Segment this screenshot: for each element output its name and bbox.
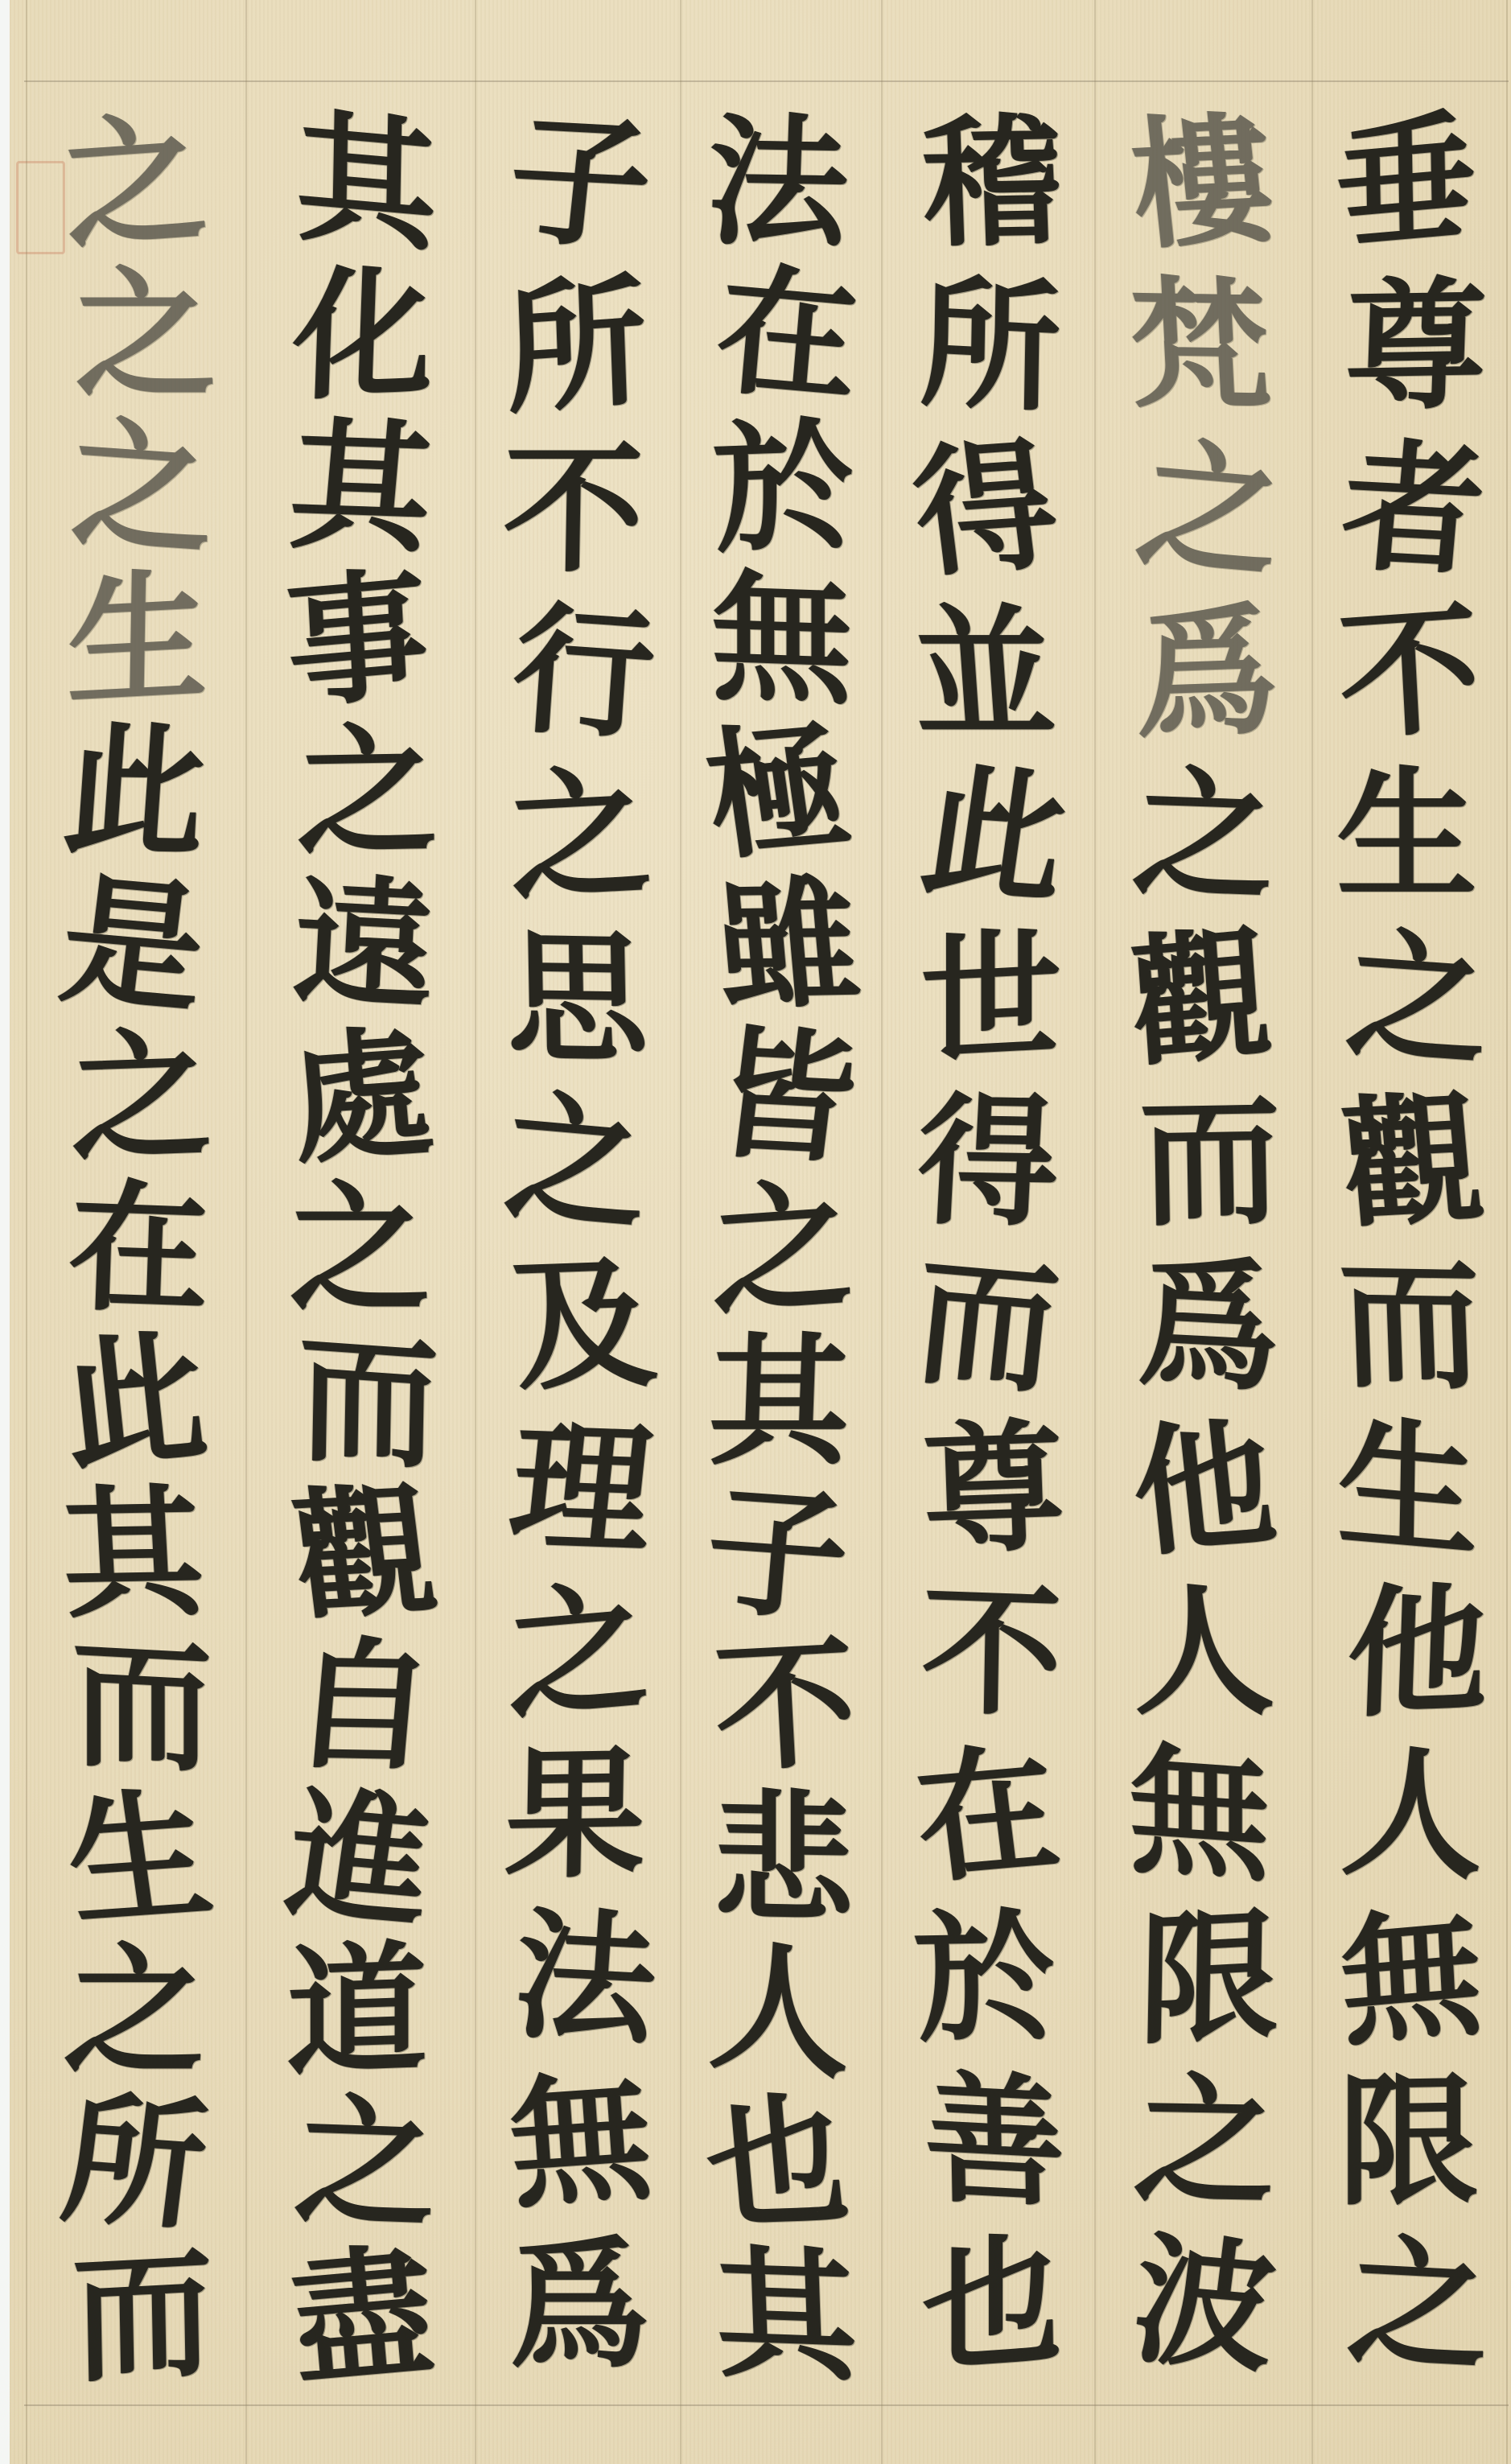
calligraphy-character: 限 [1137, 1904, 1280, 2075]
calligraphy-character: 生 [1336, 1412, 1480, 1588]
calligraphy-character: 事 [283, 563, 431, 727]
calligraphy-character: 在 [65, 1176, 212, 1333]
text-column-7: 之之之生此是之在此其而生之所而 [34, 113, 241, 2398]
calligraphy-character: 爲 [507, 2235, 651, 2398]
column-rule-0 [26, 0, 27, 2464]
calligraphy-character: 其 [294, 106, 438, 271]
calligraphy-character: 不 [920, 1580, 1063, 1748]
text-column-3: 稽所得並此世得而尊不在於善也 [889, 113, 1090, 2398]
calligraphy-character: 其 [59, 1482, 208, 1637]
calligraphy-character: 也 [700, 2091, 854, 2248]
calligraphy-character: 他 [1126, 1414, 1284, 1586]
calligraphy-character: 之 [504, 1576, 650, 1751]
calligraphy-character: 他 [1344, 1579, 1490, 1747]
calligraphy-character: 人 [706, 1935, 854, 2099]
calligraphy-character: 尊 [921, 1416, 1068, 1584]
calligraphy-character: 雖 [710, 873, 865, 1028]
calligraphy-character: 之 [1130, 2071, 1282, 2236]
text-column-4: 法在於無極雖皆之其子不悲人也其 [688, 113, 877, 2398]
calligraphy-character: 人 [1127, 1582, 1277, 1745]
text-column-2: 樓梵之爲之觀而爲他人無限之波 [1102, 113, 1307, 2398]
calligraphy-character: 法 [705, 112, 851, 266]
calligraphy-character: 而 [71, 2242, 214, 2402]
calligraphy-character: 善 [923, 2067, 1066, 2238]
calligraphy-character: 此 [912, 761, 1075, 933]
calligraphy-character: 行 [507, 598, 659, 771]
column-rule-4 [881, 0, 883, 2464]
calligraphy-character: 波 [1122, 2229, 1282, 2404]
calligraphy-character: 其 [283, 415, 437, 572]
column-rule-3 [680, 0, 681, 2464]
calligraphy-character: 在 [710, 259, 864, 423]
calligraphy-character: 之 [1126, 434, 1292, 608]
calligraphy-character: 盡 [286, 2239, 440, 2404]
calligraphy-character: 自 [285, 1635, 439, 1790]
calligraphy-character: 之 [504, 762, 656, 933]
calligraphy-character: 而 [1138, 1091, 1282, 1257]
calligraphy-character: 不 [1335, 598, 1484, 771]
calligraphy-character: 無 [711, 567, 852, 725]
calligraphy-character: 理 [501, 1416, 659, 1584]
calligraphy-character: 之 [70, 412, 211, 575]
calligraphy-character: 遠 [290, 871, 438, 1030]
calligraphy-character: 所 [918, 272, 1061, 443]
calligraphy-character: 之 [1343, 2231, 1492, 2402]
calligraphy-character: 觀 [1126, 923, 1277, 1098]
calligraphy-character: 梵 [1126, 274, 1275, 440]
calligraphy-character: 者 [1335, 435, 1489, 605]
calligraphy-character: 之 [710, 1174, 854, 1337]
calligraphy-character: 無 [1129, 1740, 1270, 1914]
calligraphy-character: 思 [505, 928, 649, 1094]
calligraphy-character: 悲 [713, 1787, 854, 1942]
calligraphy-character: 之 [60, 1941, 212, 2093]
calligraphy-character: 而 [906, 1250, 1064, 1424]
calligraphy-character: 得 [913, 1091, 1063, 1257]
calligraphy-character: 是 [52, 869, 211, 1032]
calligraphy-character: 處 [284, 1022, 438, 1184]
calligraphy-character: 所 [54, 2089, 213, 2250]
calligraphy-character: 法 [508, 1905, 661, 2075]
calligraphy-character: 生 [66, 566, 209, 726]
calligraphy-character: 在 [908, 1740, 1068, 1914]
calligraphy-character: 爲 [1135, 600, 1278, 768]
calligraphy-character: 之 [1128, 764, 1280, 932]
calligraphy-character: 爲 [1134, 1251, 1281, 1422]
calligraphy-character: 果 [503, 1744, 647, 1910]
text-column-6: 其化其事之遠處之而觀自進道之盡 [253, 113, 471, 2398]
calligraphy-character: 稽 [919, 112, 1065, 278]
calligraphy-character: 極 [698, 716, 859, 880]
calligraphy-character: 子 [500, 109, 658, 279]
calligraphy-character: 限 [1338, 2071, 1479, 2236]
calligraphy-character: 不 [501, 439, 645, 603]
calligraphy-character: 之 [69, 1024, 212, 1181]
column-rule-1 [245, 0, 247, 2464]
calligraphy-character: 垂 [1335, 106, 1478, 282]
calligraphy-character: 人 [1336, 1743, 1492, 1910]
calligraphy-character: 此 [57, 1326, 213, 1490]
calligraphy-character: 於 [909, 1907, 1061, 2073]
calligraphy-character: 之 [297, 721, 438, 876]
calligraphy-character: 無 [1337, 1902, 1486, 2078]
calligraphy-character: 尊 [1342, 274, 1488, 440]
calligraphy-character: 生 [1336, 765, 1477, 929]
calligraphy-character: 世 [920, 925, 1061, 1096]
calligraphy-character: 觀 [1336, 1089, 1490, 1259]
calligraphy-character: 皆 [706, 1024, 865, 1183]
calligraphy-character: 生 [59, 1784, 220, 1945]
calligraphy-character: 得 [907, 435, 1067, 607]
calligraphy-character: 樓 [1125, 109, 1282, 279]
calligraphy-character: 及 [504, 1253, 662, 1420]
column-rule-6 [1311, 0, 1313, 2464]
calligraphy-character: 而 [1337, 1254, 1484, 1419]
calligraphy-character: 之 [291, 2091, 440, 2248]
calligraphy-character: 並 [908, 603, 1060, 766]
calligraphy-character: 子 [699, 1479, 853, 1641]
text-column-1: 垂尊者不生之觀而生他人無限之 [1320, 113, 1505, 2398]
calligraphy-character: 其 [714, 2243, 860, 2400]
column-rule-7 [1506, 0, 1508, 2464]
calligraphy-character: 之 [501, 1086, 647, 1261]
calligraphy-character: 觀 [286, 1481, 445, 1640]
calligraphy-character: 不 [711, 1633, 860, 1792]
calligraphy-character: 之 [69, 265, 218, 417]
column-rule-5 [1094, 0, 1096, 2464]
calligraphy-character: 之 [286, 1179, 432, 1331]
calligraphy-character: 而 [72, 1633, 212, 1793]
calligraphy-character: 無 [505, 2066, 657, 2239]
calligraphy-character: 也 [922, 2230, 1063, 2404]
calligraphy-character: 之 [56, 108, 212, 270]
calligraphy-character: 所 [503, 271, 649, 444]
calligraphy-character: 於 [710, 415, 858, 572]
column-rule-2 [475, 0, 476, 2464]
text-column-5: 子所不行之思之及理之果法無爲 [483, 113, 676, 2398]
calligraphy-character: 其 [706, 1332, 853, 1484]
calligraphy-character: 化 [290, 262, 437, 420]
calligraphy-character: 之 [1341, 924, 1490, 1097]
calligraphy-character: 而 [296, 1326, 439, 1489]
calligraphy-character: 進 [278, 1783, 440, 1947]
calligraphy-character: 道 [286, 1939, 427, 2096]
calligraphy-character: 此 [59, 721, 210, 876]
